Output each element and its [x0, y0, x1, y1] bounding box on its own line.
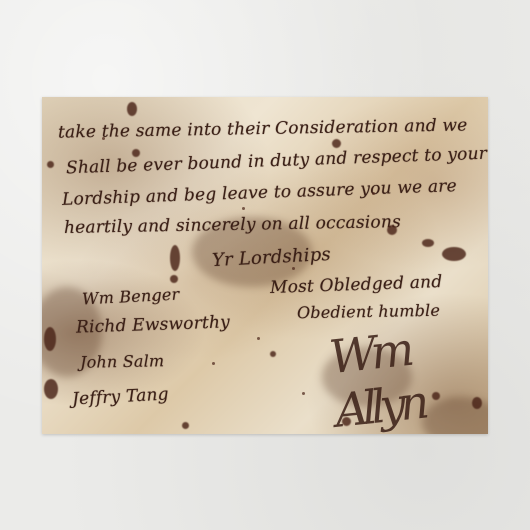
ink-blot — [332, 139, 341, 148]
script-line: John Salm — [80, 351, 165, 371]
ink-speck — [372, 192, 375, 195]
script-line: Shall be ever bound in duty and respect … — [66, 144, 488, 179]
script-line: Jeffry Tang — [72, 384, 170, 409]
script-line: take the same into their Consideration a… — [58, 115, 468, 142]
script-line: Obedient humble — [297, 301, 440, 322]
ink-blot — [127, 102, 137, 116]
ink-blot — [342, 417, 351, 426]
ink-blot — [170, 275, 178, 283]
ink-blot — [182, 422, 189, 429]
script-line: Wm Benger — [82, 284, 180, 308]
postcard: take the same into their Consideration a… — [42, 97, 488, 434]
ink-blot — [132, 149, 140, 157]
script-line: Lordship and beg leave to assure you we … — [62, 176, 457, 210]
ink-blot — [47, 161, 54, 168]
ink-speck — [102, 137, 105, 140]
ink-speck — [292, 267, 295, 270]
ink-blot — [387, 225, 397, 235]
ink-blot — [44, 327, 56, 351]
ink-speck — [242, 207, 245, 210]
ink-speck — [302, 392, 305, 395]
ink-blot — [432, 392, 440, 400]
ink-speck — [257, 337, 260, 340]
script-line: heartily and sincerely on all occasions — [64, 212, 401, 238]
ink-blot — [170, 245, 180, 271]
ink-speck — [212, 362, 215, 365]
ink-blot — [422, 239, 434, 247]
ink-blot — [442, 247, 466, 261]
signature: Wm Allyn — [327, 314, 488, 434]
ink-blot — [472, 397, 482, 409]
ink-blot — [44, 379, 58, 399]
ink-speck — [152, 297, 155, 300]
ink-blot — [270, 351, 276, 357]
script-line: Richd Ewsworthy — [76, 312, 231, 337]
